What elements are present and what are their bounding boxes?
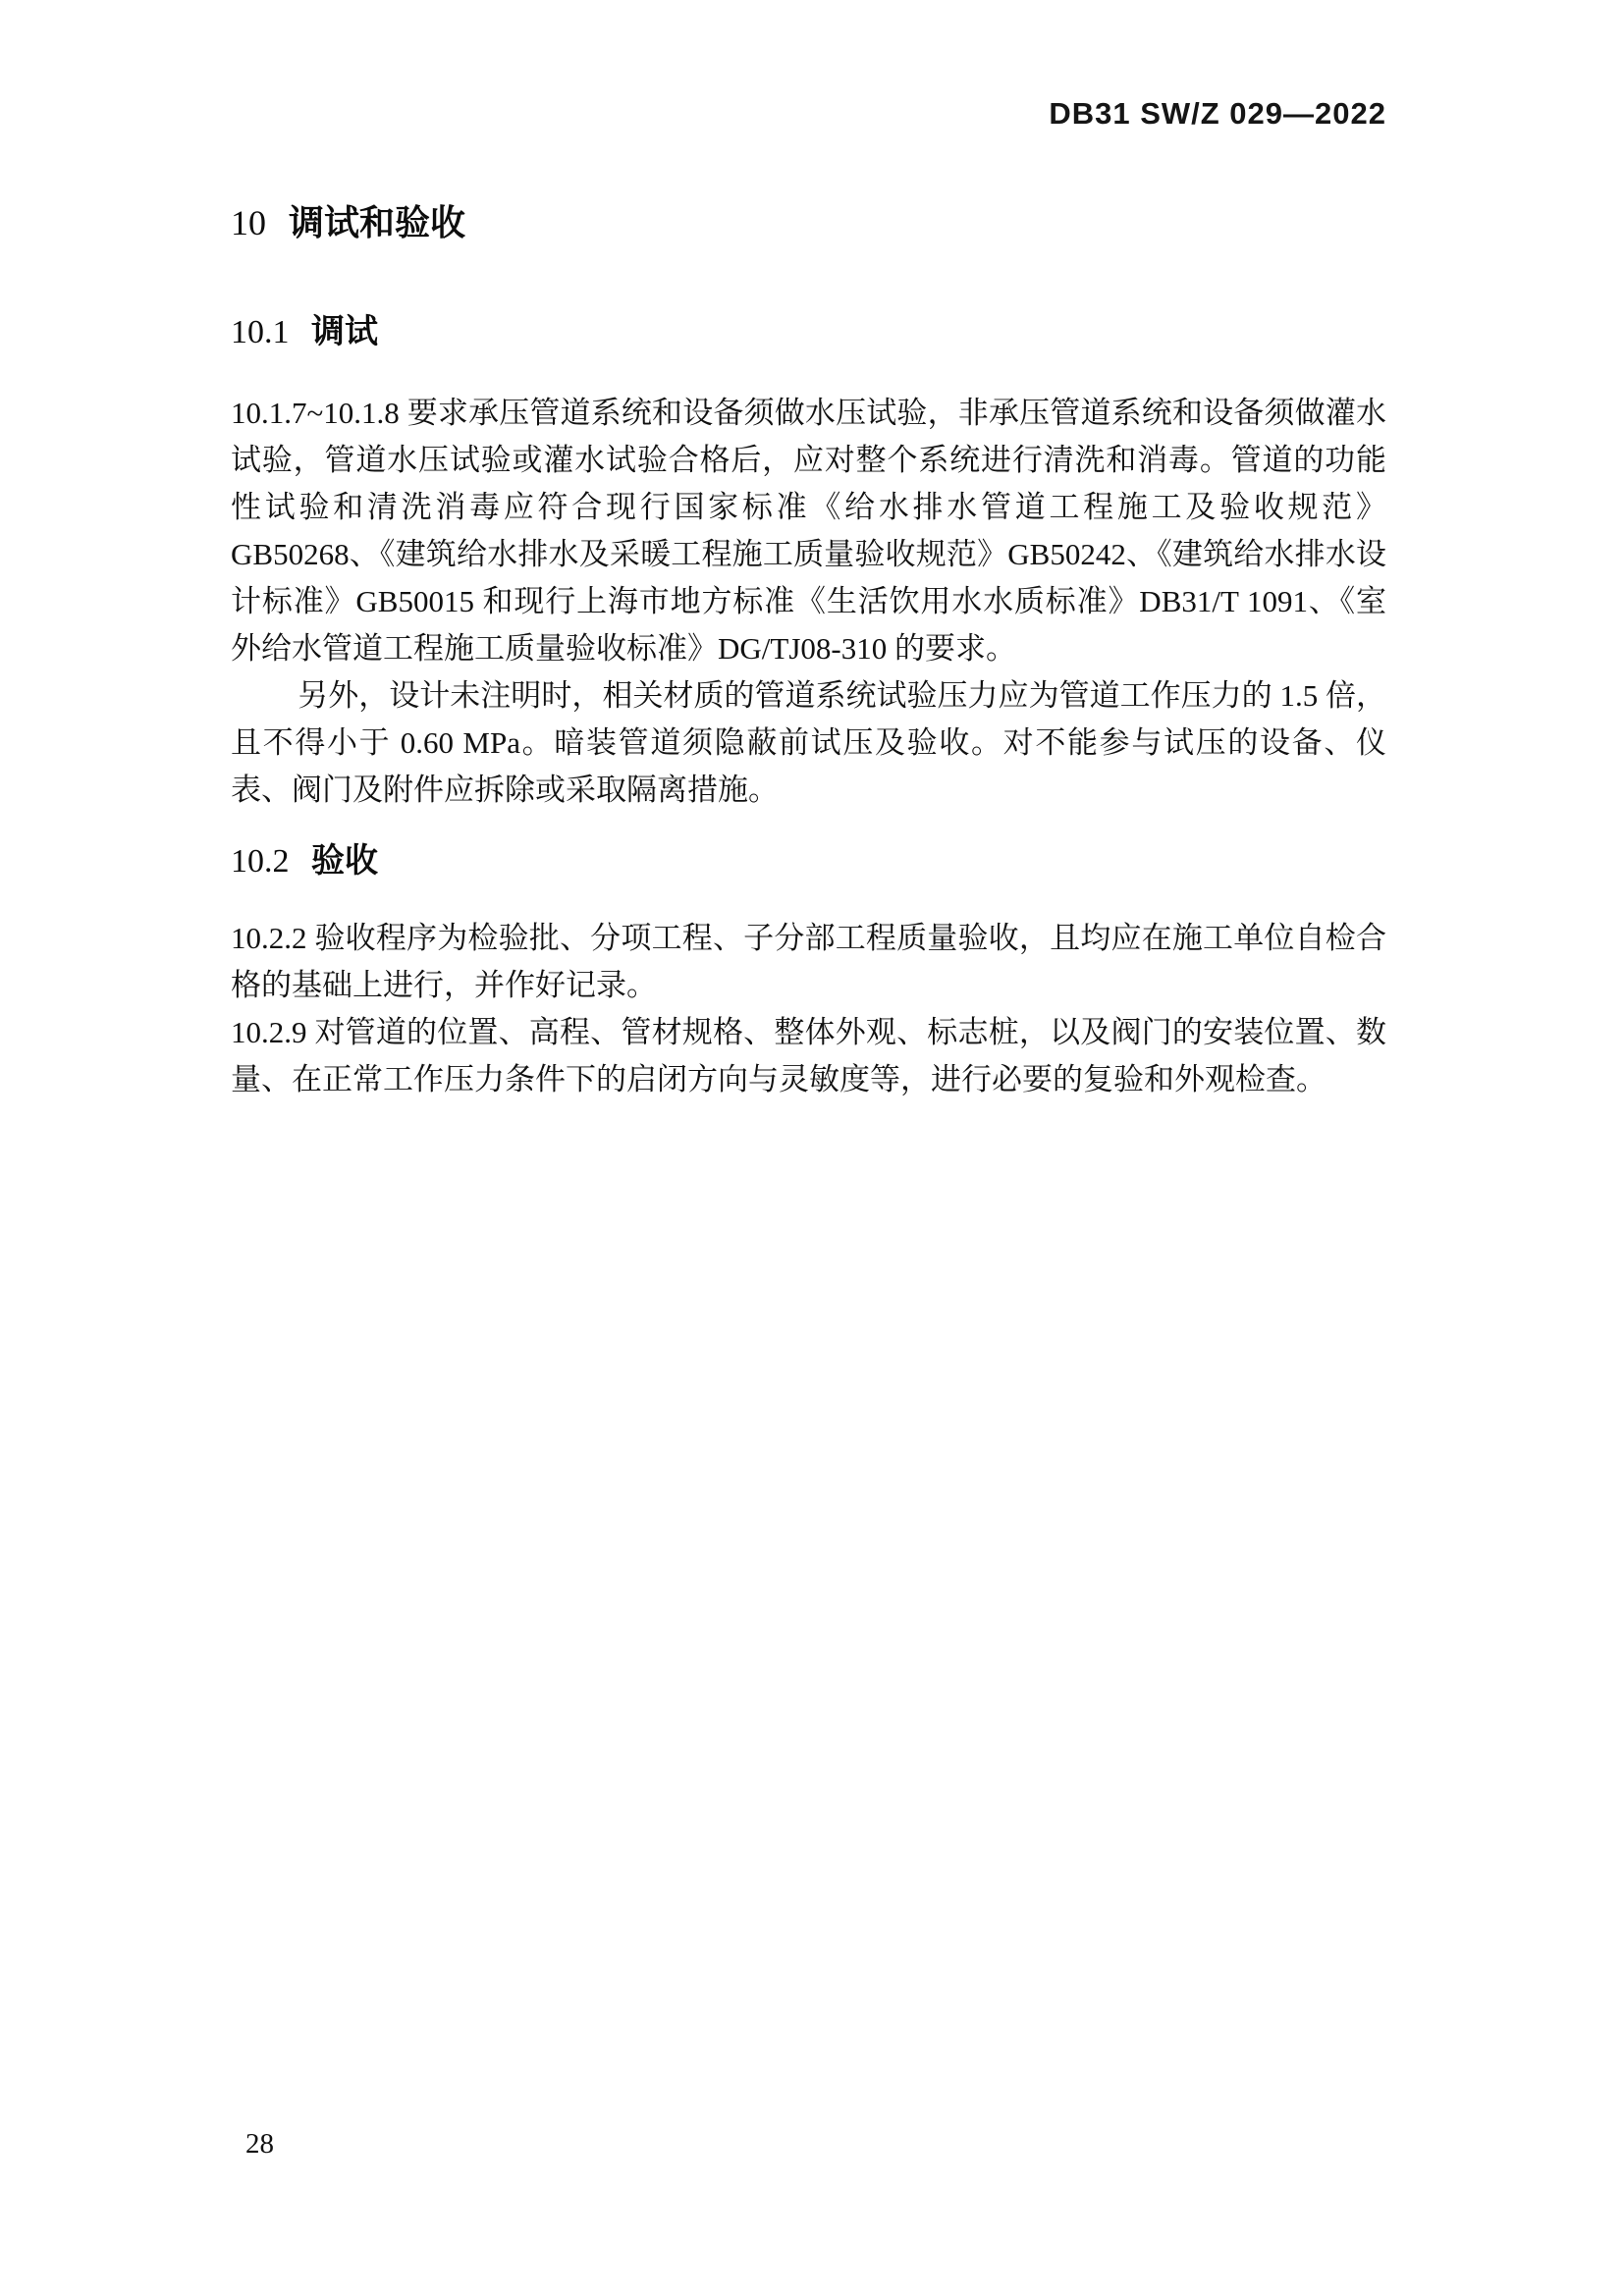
page-number: 28 [245,2128,274,2161]
doc-code: DB31 SW/Z 029—2022 [1049,96,1386,131]
page-header: DB31 SW/Z 029—2022 [231,94,1386,133]
section-10-1-number: 10.1 [231,314,290,350]
paragraph-10-1-additional: 另外，设计未注明时，相关材质的管道系统试验压力应为管道工作压力的 1.5 倍，且… [231,672,1386,814]
section-10-1-title: 调试 [311,313,378,350]
section-10-2-number: 10.2 [231,843,290,880]
paragraph-10-2-9: 10.2.9 对管道的位置、高程、管材规格、整体外观、标志桩，以及阀门的安装位置… [231,1009,1386,1103]
paragraph-10-1-7: 10.1.7~10.1.8 要求承压管道系统和设备须做水压试验，非承压管道系统和… [231,390,1386,672]
chapter-heading: 10 调试和验收 [231,200,1386,245]
section-10-2-heading: 10.2 验收 [231,839,1386,883]
section-10-1-heading: 10.1 调试 [231,310,1386,354]
section-10-2-title: 验收 [311,842,378,880]
chapter-number: 10 [231,203,266,242]
paragraph-10-2-2: 10.2.2 验收程序为检验批、分项工程、子分部工程质量验收，且均应在施工单位自… [231,915,1386,1009]
chapter-title: 调试和验收 [289,202,465,242]
document-page: DB31 SW/Z 029—2022 10 调试和验收 10.1 调试 10.1… [0,0,1624,2296]
